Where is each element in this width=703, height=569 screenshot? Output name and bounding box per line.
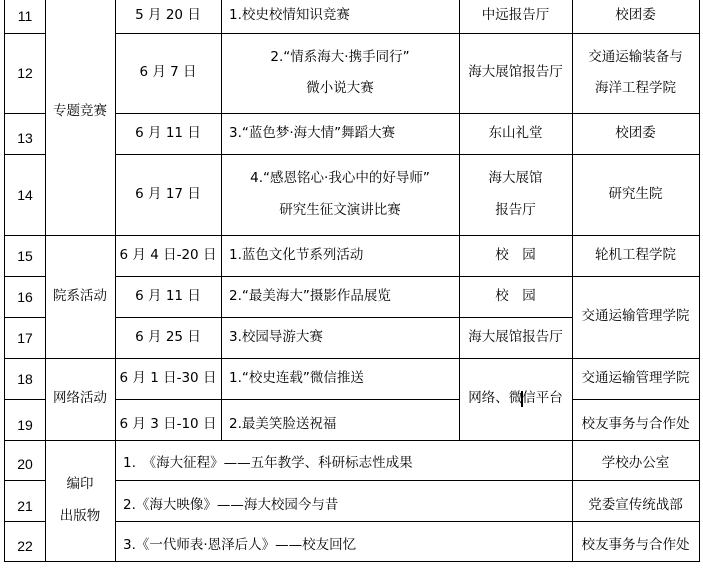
venue-cell: 校 园 (459, 235, 573, 277)
organizer-cell: 校友事务与合作处 (572, 399, 700, 441)
date-cell: 6 月 25 日 (115, 317, 222, 359)
category-contest: 专题竞赛 (45, 0, 116, 236)
venue-cell-merged: 网络、微信平台 (459, 358, 573, 441)
activity-cell: 2.最美笑脸送祝福 (221, 399, 460, 441)
row-number: 13 (4, 113, 46, 155)
row-number: 15 (4, 235, 46, 277)
organizer-cell: 校团委 (572, 0, 700, 34)
venue-cell: 海大展馆 报告厅 (459, 154, 573, 236)
date-cell: 6 月 7 日 (115, 33, 222, 114)
organizer-cell: 交通运输管理学院 (572, 358, 700, 400)
venue-cell: 东山礼堂 (459, 113, 573, 155)
date-cell: 6 月 11 日 (115, 276, 222, 318)
activity-cell: 1.校史校情知识竞赛 (221, 0, 460, 34)
row-number: 14 (4, 154, 46, 236)
activity-cell: 1.“校史连载”微信推送 (221, 358, 460, 400)
date-cell: 6 月 17 日 (115, 154, 222, 236)
activity-cell: 3.校园导游大赛 (221, 317, 460, 359)
category-publication: 编印 出版物 (45, 440, 116, 562)
activity-cell: 2.“情系海大·携手同行” 微小说大赛 (221, 33, 460, 114)
organizer-cell: 学校办公室 (572, 440, 700, 481)
row-number: 20 (4, 440, 46, 481)
venue-cell: 海大展馆报告厅 (459, 33, 573, 114)
organizer-cell: 校友事务与合作处 (572, 521, 700, 562)
row-number: 11 (4, 0, 46, 34)
row-number: 18 (4, 358, 46, 400)
organizer-cell-merged: 交通运输管理学院 (572, 276, 700, 359)
venue-cell: 中远报告厅 (459, 0, 573, 34)
row-number: 12 (4, 33, 46, 114)
date-cell: 5 月 20 日 (115, 0, 222, 34)
row-number: 16 (4, 276, 46, 318)
venue-cell: 海大展馆报告厅 (459, 317, 573, 359)
activity-cell: 4.“感恩铭心·我心中的好导师” 研究生征文演讲比赛 (221, 154, 460, 236)
activity-cell: 2.“最美海大”摄影作品展览 (221, 276, 460, 318)
category-department: 院系活动 (45, 235, 116, 359)
date-cell: 6 月 4 日-20 日 (115, 235, 222, 277)
activity-table: 11 专题竞赛 5 月 20 日 1.校史校情知识竞赛 中远报告厅 校团委 12… (4, 0, 700, 562)
category-network: 网络活动 (45, 358, 116, 441)
activity-cell: 1.蓝色文化节系列活动 (221, 235, 460, 277)
row-number: 21 (4, 480, 46, 522)
organizer-cell: 研究生院 (572, 154, 700, 236)
row-number: 19 (4, 399, 46, 441)
row-number: 22 (4, 521, 46, 562)
organizer-cell: 校团委 (572, 113, 700, 155)
activity-cell: 3.“蓝色梦·海大情”舞蹈大赛 (221, 113, 460, 155)
date-cell: 6 月 11 日 (115, 113, 222, 155)
activity-cell-wide: 1. 《海大征程》——五年教学、科研标志性成果 (115, 440, 573, 481)
venue-cell: 校 园 (459, 276, 573, 318)
organizer-cell: 党委宣传统战部 (572, 480, 700, 522)
organizer-cell: 交通运输装备与 海洋工程学院 (572, 33, 700, 114)
activity-cell-wide: 2.《海大映像》——海大校园今与昔 (115, 480, 573, 522)
activity-cell-wide: 3.《一代师表·恩泽后人》——校友回忆 (115, 521, 573, 562)
row-number: 17 (4, 317, 46, 359)
date-cell: 6 月 1 日-30 日 (115, 358, 222, 400)
date-cell: 6 月 3 日-10 日 (115, 399, 222, 441)
organizer-cell: 轮机工程学院 (572, 235, 700, 277)
